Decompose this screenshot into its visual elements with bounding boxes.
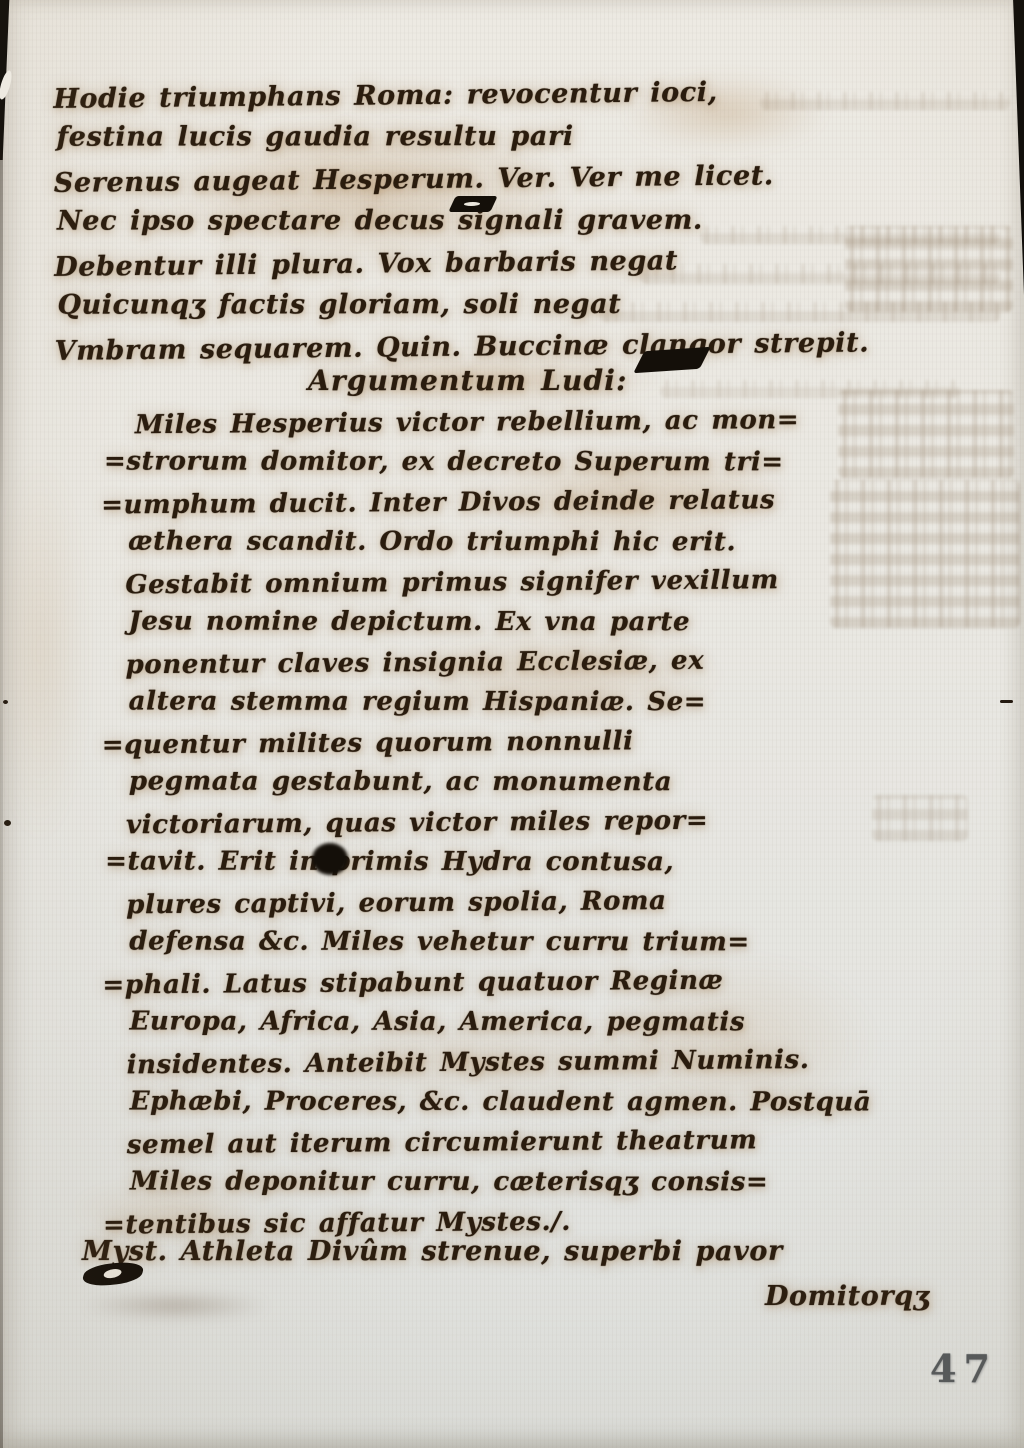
page-number-stamp: 47 xyxy=(930,1346,997,1391)
speech-line: Myst. Athleta Divûm strenue, superbi pav… xyxy=(82,1236,783,1267)
manuscript-line: ponentur claves insignia Ecclesiæ, ex xyxy=(99,639,989,686)
manuscript-line: =strorum domitor, ex decreto Superum tri… xyxy=(102,441,992,482)
manuscript-line: defensa &c. Miles vehetur curru trium= xyxy=(103,921,993,962)
ink-blot xyxy=(633,347,711,373)
catchword: Domitorqʒ xyxy=(765,1281,930,1312)
manuscript-line: Nec ipso spectare decus signali gravem. xyxy=(57,199,987,242)
manuscript-line: pegmata gestabunt, ac monumenta xyxy=(103,761,993,802)
manuscript-line: Serenus augeat Hesperum. Ver. Ver me lic… xyxy=(54,153,984,205)
ink-speck xyxy=(4,820,11,826)
ink-speck xyxy=(1000,700,1013,703)
manuscript-line: Miles Hesperius victor rebellium, ac mon… xyxy=(99,399,989,446)
manuscript-line: =umphum ducit. Inter Divos deinde relatu… xyxy=(99,479,989,526)
manuscript-scan: Hodie triumphans Roma: revocentur ioci,f… xyxy=(0,0,1024,1448)
manuscript-line: Debentur illi plura. Vox barbaris negat xyxy=(54,237,984,289)
manuscript-line: Ephæbi, Proceres, &c. claudent agmen. Po… xyxy=(104,1081,994,1122)
ink-speck xyxy=(3,700,8,704)
ink-blot xyxy=(312,843,348,875)
section-heading: Argumentum Ludi: xyxy=(308,364,628,397)
manuscript-line: Europa, Africa, Asia, America, pegmatis xyxy=(103,1001,993,1042)
poem-block: Hodie triumphans Roma: revocentur ioci,f… xyxy=(53,72,985,371)
argument-block: Miles Hesperius victor rebellium, ac mon… xyxy=(99,401,991,1243)
ink-blot xyxy=(448,196,497,212)
paper-stain xyxy=(0,390,105,910)
manuscript-line: altera stemma regium Hispaniæ. Se= xyxy=(103,681,993,722)
manuscript-line: Jesu nomine depictum. Ex vna parte xyxy=(102,601,992,642)
manuscript-line: Hodie triumphans Roma: revocentur ioci, xyxy=(53,69,983,121)
manuscript-line: insidentes. Anteibit Mystes summi Numini… xyxy=(100,1039,990,1086)
page-edge-shadow xyxy=(0,150,3,1448)
manuscript-line: Gestabit omnium primus signifer vexillum xyxy=(99,559,989,606)
ink-blot-highlight xyxy=(103,1268,123,1279)
manuscript-line: victoriarum, quas victor miles repor= xyxy=(100,799,990,846)
manuscript-line: Quicunqʒ factis gloriam, soli negat xyxy=(57,283,987,326)
manuscript-line: =phali. Latus stipabunt quatuor Reginæ xyxy=(100,959,990,1006)
scan-corner-shadow xyxy=(1010,0,1024,295)
manuscript-line: =tavit. Erit in primis Hydra contusa, xyxy=(103,841,993,882)
ink-smudge xyxy=(58,1288,293,1324)
manuscript-line: =quentur milites quorum nonnulli xyxy=(100,719,990,766)
manuscript-line: festina lucis gaudia resultu pari xyxy=(57,115,987,158)
manuscript-line: plures captivi, eorum spolia, Roma xyxy=(100,879,990,926)
manuscript-page: Hodie triumphans Roma: revocentur ioci,f… xyxy=(0,0,1024,1448)
manuscript-line: Miles deponitur curru, cæterisqʒ consis= xyxy=(104,1161,994,1202)
manuscript-line: æthera scandit. Ordo triumphi hic erit. xyxy=(102,521,992,562)
bleedthrough-ghost-text xyxy=(660,380,960,398)
manuscript-line: semel aut iterum circumierunt theatrum xyxy=(101,1119,991,1166)
ink-blot-highlight xyxy=(463,202,481,206)
